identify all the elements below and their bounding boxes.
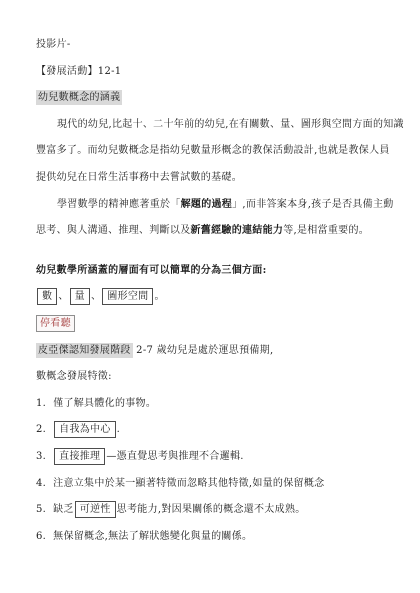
feature-text: 無保留概念,無法了解狀態變化與量的關係。	[53, 531, 252, 542]
feature-item-6: 6.無保留概念,無法了解狀態變化與量的關係。	[36, 524, 420, 551]
domain-box-number: 數	[37, 288, 57, 305]
feature-number: 3.	[36, 444, 46, 471]
domains-row: 數、量、圖形空間。	[36, 284, 420, 311]
doc-title-row: 幼兒數概念的涵義	[36, 85, 420, 112]
feature-text: .	[117, 424, 120, 435]
paragraph2-line2-post: 等,是相當重要的。	[283, 225, 369, 236]
feature-item-2: 2.自我為中心.	[36, 417, 420, 444]
feature-item-3: 3.直接推理—憑直覺思考與推理不合邏輯.	[36, 444, 420, 471]
callout-row: 停看聽	[36, 311, 420, 338]
feature-text: 注意立集中於某一顯著特徵而忽略其他特徵,如量的保留概念	[53, 478, 324, 489]
feature-number: 6.	[36, 524, 46, 551]
paragraph1-line3: 提供幼兒在日常生活事務中去嘗試數的基礎。	[36, 165, 420, 192]
paragraph1-line2: 豐富多了。而幼兒數概念是指幼兒數量形概念的教保活動設計,也就是教保人員	[36, 138, 420, 165]
piaget-stage-highlight: 皮亞傑認知發展階段	[36, 343, 133, 358]
paragraph2-line2-bold: 新舊經驗的連結能力	[191, 225, 284, 236]
feature-number: 2.	[36, 417, 46, 444]
piaget-line: 皮亞傑認知發展階段 2-7 歲幼兒是處於運思預備期,	[36, 338, 420, 365]
paragraph2-line2-pre: 思考、與人溝通、推理、判斷以及	[36, 225, 191, 236]
feature-text: 思考能力,對因果關係的概念還不太成熟。	[117, 504, 306, 515]
stop-look-listen-callout: 停看聽	[36, 315, 75, 332]
feature-item-1: 1.僅了解具體化的事物。	[36, 391, 420, 418]
feature-item-4: 4.注意立集中於某一顯著特徵而忽略其他特徵,如量的保留概念	[36, 471, 420, 498]
slide-label: 投影片-	[36, 32, 420, 59]
paragraph2-line1-post: 」,而非答案本身,孩子是否具備主動	[232, 199, 393, 210]
feature-item-5: 5.缺乏可逆性思考能力,對因果關係的概念還不太成熟。	[36, 497, 420, 524]
domain-box-shape-space: 圖形空間	[102, 288, 153, 305]
feature-text: 僅了解具體化的事物。	[53, 398, 156, 409]
domain-separator-1: 、	[58, 291, 68, 302]
activity-heading: 【發展活動】12-1	[36, 59, 420, 86]
paragraph2-line2: 思考、與人溝通、推理、判斷以及新舊經驗的連結能力等,是相當重要的。	[36, 218, 420, 245]
features-heading: 數概念發展特徵:	[36, 364, 420, 391]
doc-title: 幼兒數概念的涵義	[36, 90, 122, 105]
feature-text-pre: 缺乏	[53, 504, 74, 515]
feature-number: 1.	[36, 391, 46, 418]
section-heading: 幼兒數學所涵蓋的層面有可以簡單的分為三個方面:	[36, 258, 420, 285]
domains-end-period: 。	[154, 291, 164, 302]
feature-boxed-term: 自我為中心	[54, 421, 116, 438]
paragraph1-line1: 現代的幼兒,比起十、二十年前的幼兒,在有關數、量、圖形與空間方面的知識	[36, 112, 420, 139]
paragraph2-line1-pre: 學習數學的精神應著重於「	[57, 199, 181, 210]
feature-text: —憑直覺思考與推理不合邏輯.	[106, 451, 243, 462]
document-page: 投影片- 【發展活動】12-1 幼兒數概念的涵義 現代的幼兒,比起十、二十年前的…	[0, 0, 420, 593]
feature-number: 4.	[36, 471, 46, 498]
piaget-line-rest: 2-7 歲幼兒是處於運思預備期,	[133, 345, 274, 356]
feature-number: 5.	[36, 497, 46, 524]
feature-boxed-term: 可逆性	[75, 501, 116, 518]
paragraph2-line1: 學習數學的精神應著重於「解題的過程」,而非答案本身,孩子是否具備主動	[36, 192, 420, 219]
paragraph2-line1-bold: 解題的過程	[181, 199, 233, 210]
feature-boxed-term: 直接推理	[54, 448, 105, 465]
domain-separator-2: 、	[91, 291, 101, 302]
domain-box-quantity: 量	[70, 288, 90, 305]
